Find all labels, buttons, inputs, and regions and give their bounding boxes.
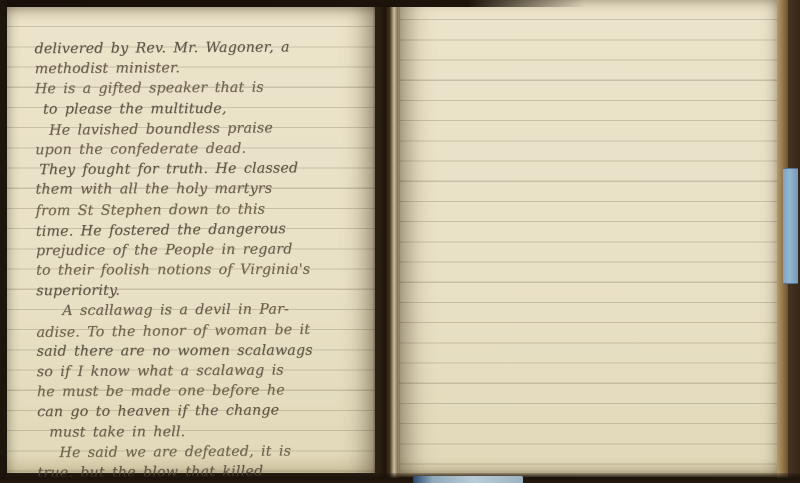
handwritten-line: said there are no women scalawags <box>37 340 377 361</box>
handwritten-line: A scallawag is a devil in Par- <box>36 299 376 322</box>
handwritten-line: He said we are defeated, it is <box>37 441 377 464</box>
handwritten-line: prejudice of the People in regard <box>36 239 376 262</box>
right-page: us killed the goddess of libertywith. Th… <box>398 0 777 477</box>
handwritten-line: adise. To the honor of woman be it <box>36 319 376 343</box>
handwritten-line: to their foolish notions of Virginia's <box>36 259 376 280</box>
handwritten-line: can go to heaven if the change <box>37 400 377 423</box>
table-object-blue <box>413 476 523 483</box>
handwritten-line: He is a gifted speaker that is <box>35 77 375 100</box>
left-page-text: delivered by Rev. Mr. Wagoner, amethodis… <box>34 37 377 483</box>
notebook-photo: delivered by Rev. Mr. Wagoner, amethodis… <box>0 0 800 483</box>
page-gutter <box>373 0 400 483</box>
handwritten-line: He lavished boundless praise <box>35 117 375 141</box>
handwritten-line: from St Stephen down to this <box>36 198 376 221</box>
cover-edge-left <box>0 0 7 483</box>
handwritten-line: to please the multitude, <box>35 98 375 119</box>
left-page: delivered by Rev. Mr. Wagoner, amethodis… <box>7 7 375 473</box>
handwritten-line: so if I know what a scalawag is <box>37 360 377 383</box>
handwritten-line: time. He fostered the dangerous <box>36 218 376 242</box>
handwritten-line: must take in hell. <box>37 421 377 442</box>
handwritten-line: methodist minister. <box>35 57 375 80</box>
handwritten-line: delivered by Rev. Mr. Wagoner, a <box>34 37 374 60</box>
handwritten-line: them with all the holy martyrs <box>35 179 375 200</box>
handwritten-line: he must be made one before he <box>37 380 377 403</box>
handwritten-line: upon the confederate dead. <box>35 138 375 161</box>
handwritten-line: They fought for truth. He classed <box>35 158 375 181</box>
handwritten-line: superiority. <box>36 279 376 302</box>
bookmark-tab <box>783 168 798 284</box>
cover-edge-top <box>0 0 585 7</box>
cover-edge-bottom <box>0 473 800 483</box>
